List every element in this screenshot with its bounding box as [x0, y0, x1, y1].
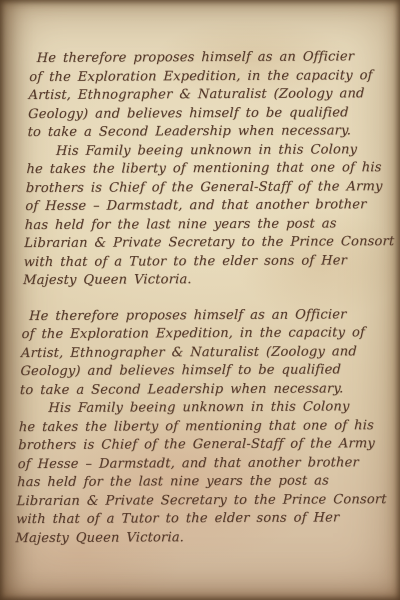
paragraph-officer-proposal: He therefore proposes himself as an Offi…: [27, 48, 374, 142]
handwritten-text: He therefore proposes himself as an Offi…: [15, 48, 374, 548]
handwritten-line: of the Exploration Expedition, in the ca…: [21, 324, 366, 344]
handwritten-line: to take a Second Leadership when necessa…: [20, 380, 365, 400]
handwritten-line: Majesty Queen Victoria.: [23, 270, 368, 290]
handwritten-line: He therefore proposes himself as an Offi…: [22, 306, 367, 326]
handwritten-line: He therefore proposes himself as an Offi…: [29, 48, 374, 68]
handwritten-line: Artist, Ethnographer & Naturalist (Zoolo…: [21, 343, 366, 363]
handwritten-line: of Hesse – Darmstadt, and that another b…: [17, 454, 362, 474]
paragraph-family-background: His Family beeing unknown in this Colony…: [23, 141, 371, 291]
handwritten-line: of the Exploration Expedition, in the ca…: [29, 67, 374, 87]
handwritten-line: has held for the last nine years the pos…: [25, 215, 370, 235]
handwritten-line: of Hesse – Darmstadt, and that another b…: [25, 196, 370, 216]
handwritten-line: Geology) and believes himself to be qual…: [28, 104, 373, 124]
handwritten-line: Majesty Queen Victoria.: [15, 528, 360, 548]
handwritten-line: with that of a Tutor to the elder sons o…: [23, 252, 368, 272]
handwritten-line: to take a Second Leadership when necessa…: [27, 122, 372, 142]
paragraph-family-background-repeat: His Family beeing unknown in this Colony…: [15, 398, 363, 548]
handwritten-line: he takes the liberty of mentioning that …: [19, 417, 364, 437]
paragraph-officer-proposal-repeat: He therefore proposes himself as an Offi…: [20, 306, 367, 400]
handwritten-line: Geology) and believes himself to be qual…: [20, 361, 365, 381]
handwritten-line: has held for the last nine years the pos…: [17, 472, 362, 492]
handwritten-line: brothers is Chief of the General-Staff o…: [26, 178, 371, 198]
handwritten-line: with that of a Tutor to the elder sons o…: [16, 509, 361, 529]
handwritten-line: His Family beeing unknown in this Colony: [19, 398, 364, 418]
handwritten-line: Artist, Ethnographer & Naturalist (Zoolo…: [28, 85, 373, 105]
handwritten-line: His Family beeing unknown in this Colony: [27, 141, 372, 161]
handwritten-line: he takes the liberty of mentioning that …: [26, 159, 371, 179]
handwritten-line: brothers is Chief of the General-Staff o…: [18, 435, 363, 455]
handwritten-line: Librarian & Private Secretary to the Pri…: [16, 491, 361, 511]
handwritten-line: Librarian & Private Secretary to the Pri…: [24, 233, 369, 253]
letter-photo: He therefore proposes himself as an Offi…: [0, 0, 400, 600]
